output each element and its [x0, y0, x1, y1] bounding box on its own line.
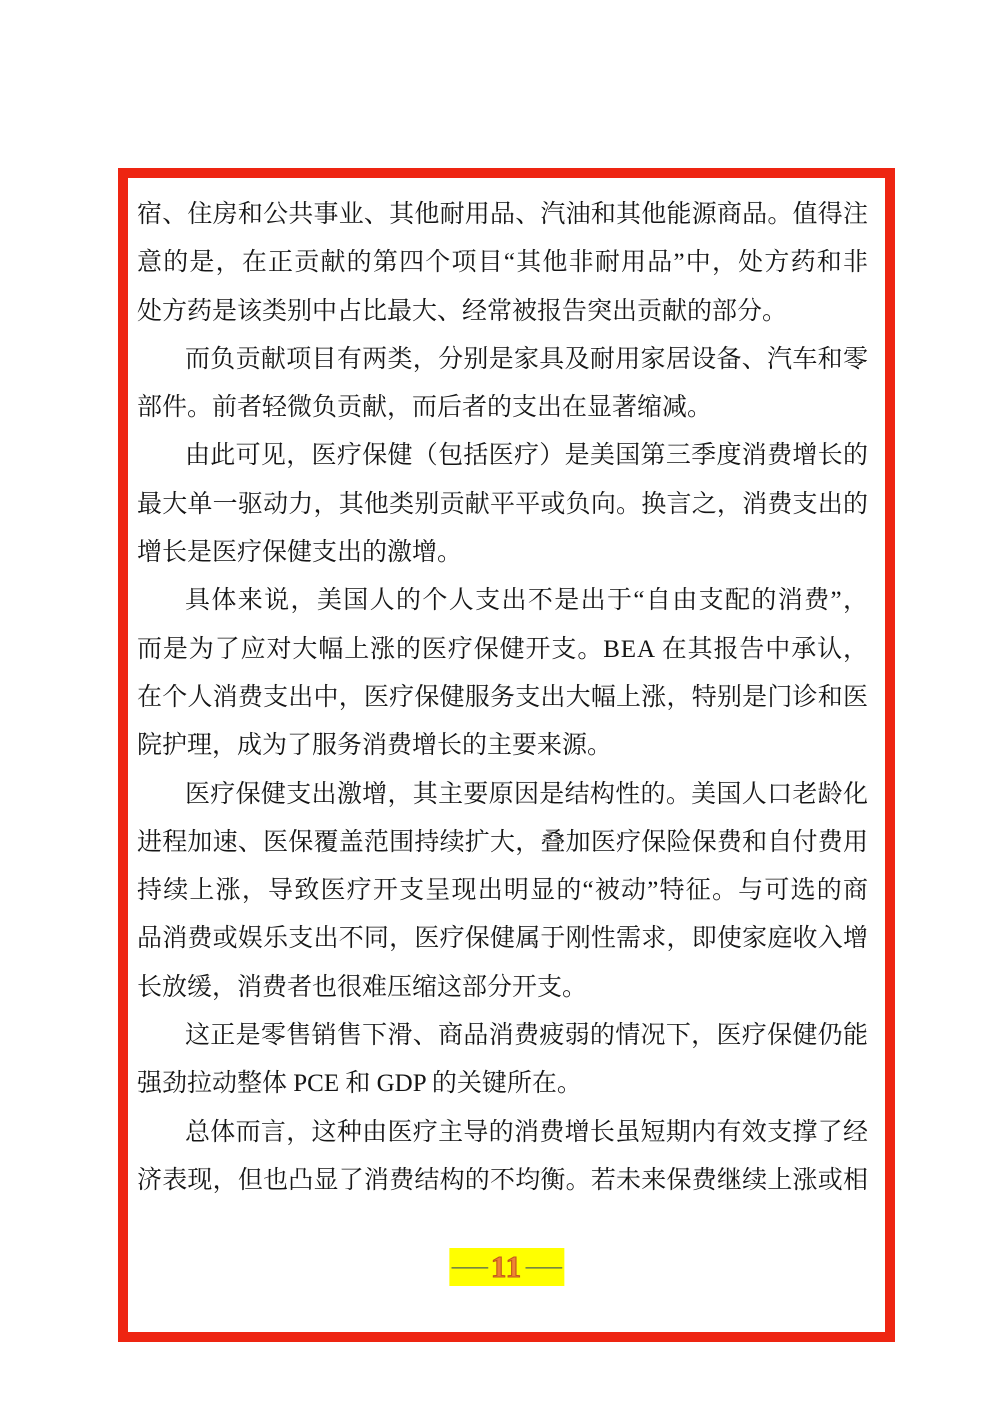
- document-page: 宿、住房和公共事业、其他耐用品、汽油和其他能源商品。值得注意的是，在正贡献的第四…: [0, 0, 1000, 1414]
- text-line: 部件。前者轻微负贡献，而后者的支出在显著缩减。: [137, 384, 868, 432]
- text-line: 增长是医疗保健支出的激增。: [137, 529, 868, 577]
- page-number-dash-left: —: [451, 1248, 487, 1286]
- text-line: 而负贡献项目有两类，分别是家具及耐用家居设备、汽车和零: [137, 336, 868, 384]
- page-number-dash-right: —: [526, 1248, 562, 1286]
- text-line: 济表现，但也凸显了消费结构的不均衡。若未来保费继续上涨或相: [137, 1157, 868, 1205]
- text-line: 处方药是该类别中占比最大、经常被报告突出贡献的部分。: [137, 288, 868, 336]
- text-line: 长放缓，消费者也很难压缩这部分开支。: [137, 964, 868, 1012]
- text-line: 医疗保健支出激增，其主要原因是结构性的。美国人口老龄化: [137, 771, 868, 819]
- text-line: 宿、住房和公共事业、其他耐用品、汽油和其他能源商品。值得注: [137, 191, 868, 239]
- text-line: 具体来说，美国人的个人支出不是出于“自由支配的消费”，: [137, 577, 868, 625]
- text-line: 意的是，在正贡献的第四个项目“其他非耐用品”中，处方药和非: [137, 239, 868, 287]
- text-line: 持续上涨，导致医疗开支呈现出明显的“被动”特征。与可选的商: [137, 867, 868, 915]
- document-text-block: 宿、住房和公共事业、其他耐用品、汽油和其他能源商品。值得注意的是，在正贡献的第四…: [137, 191, 868, 1205]
- text-line: 由此可见，医疗保健（包括医疗）是美国第三季度消费增长的: [137, 432, 868, 480]
- text-line: 院护理，成为了服务消费增长的主要来源。: [137, 722, 868, 770]
- text-line: 品消费或娱乐支出不同，医疗保健属于刚性需求，即使家庭收入增: [137, 915, 868, 963]
- text-line: 在个人消费支出中，医疗保健服务支出大幅上涨，特别是门诊和医: [137, 674, 868, 722]
- text-line: 而是为了应对大幅上涨的医疗保健开支。BEA 在其报告中承认，: [137, 626, 868, 674]
- page-border-frame: 宿、住房和公共事业、其他耐用品、汽油和其他能源商品。值得注意的是，在正贡献的第四…: [118, 168, 895, 1342]
- text-line: 最大单一驱动力，其他类别贡献平平或负向。换言之，消费支出的: [137, 481, 868, 529]
- text-line: 进程加速、医保覆盖范围持续扩大，叠加医疗保险保费和自付费用: [137, 819, 868, 867]
- page-number-badge: — 11 —: [449, 1248, 564, 1286]
- text-line: 总体而言，这种由医疗主导的消费增长虽短期内有效支撑了经: [137, 1109, 868, 1157]
- text-line: 这正是零售销售下滑、商品消费疲弱的情况下，医疗保健仍能: [137, 1012, 868, 1060]
- page-number-value: 11: [491, 1248, 522, 1286]
- text-line: 强劲拉动整体 PCE 和 GDP 的关键所在。: [137, 1060, 868, 1108]
